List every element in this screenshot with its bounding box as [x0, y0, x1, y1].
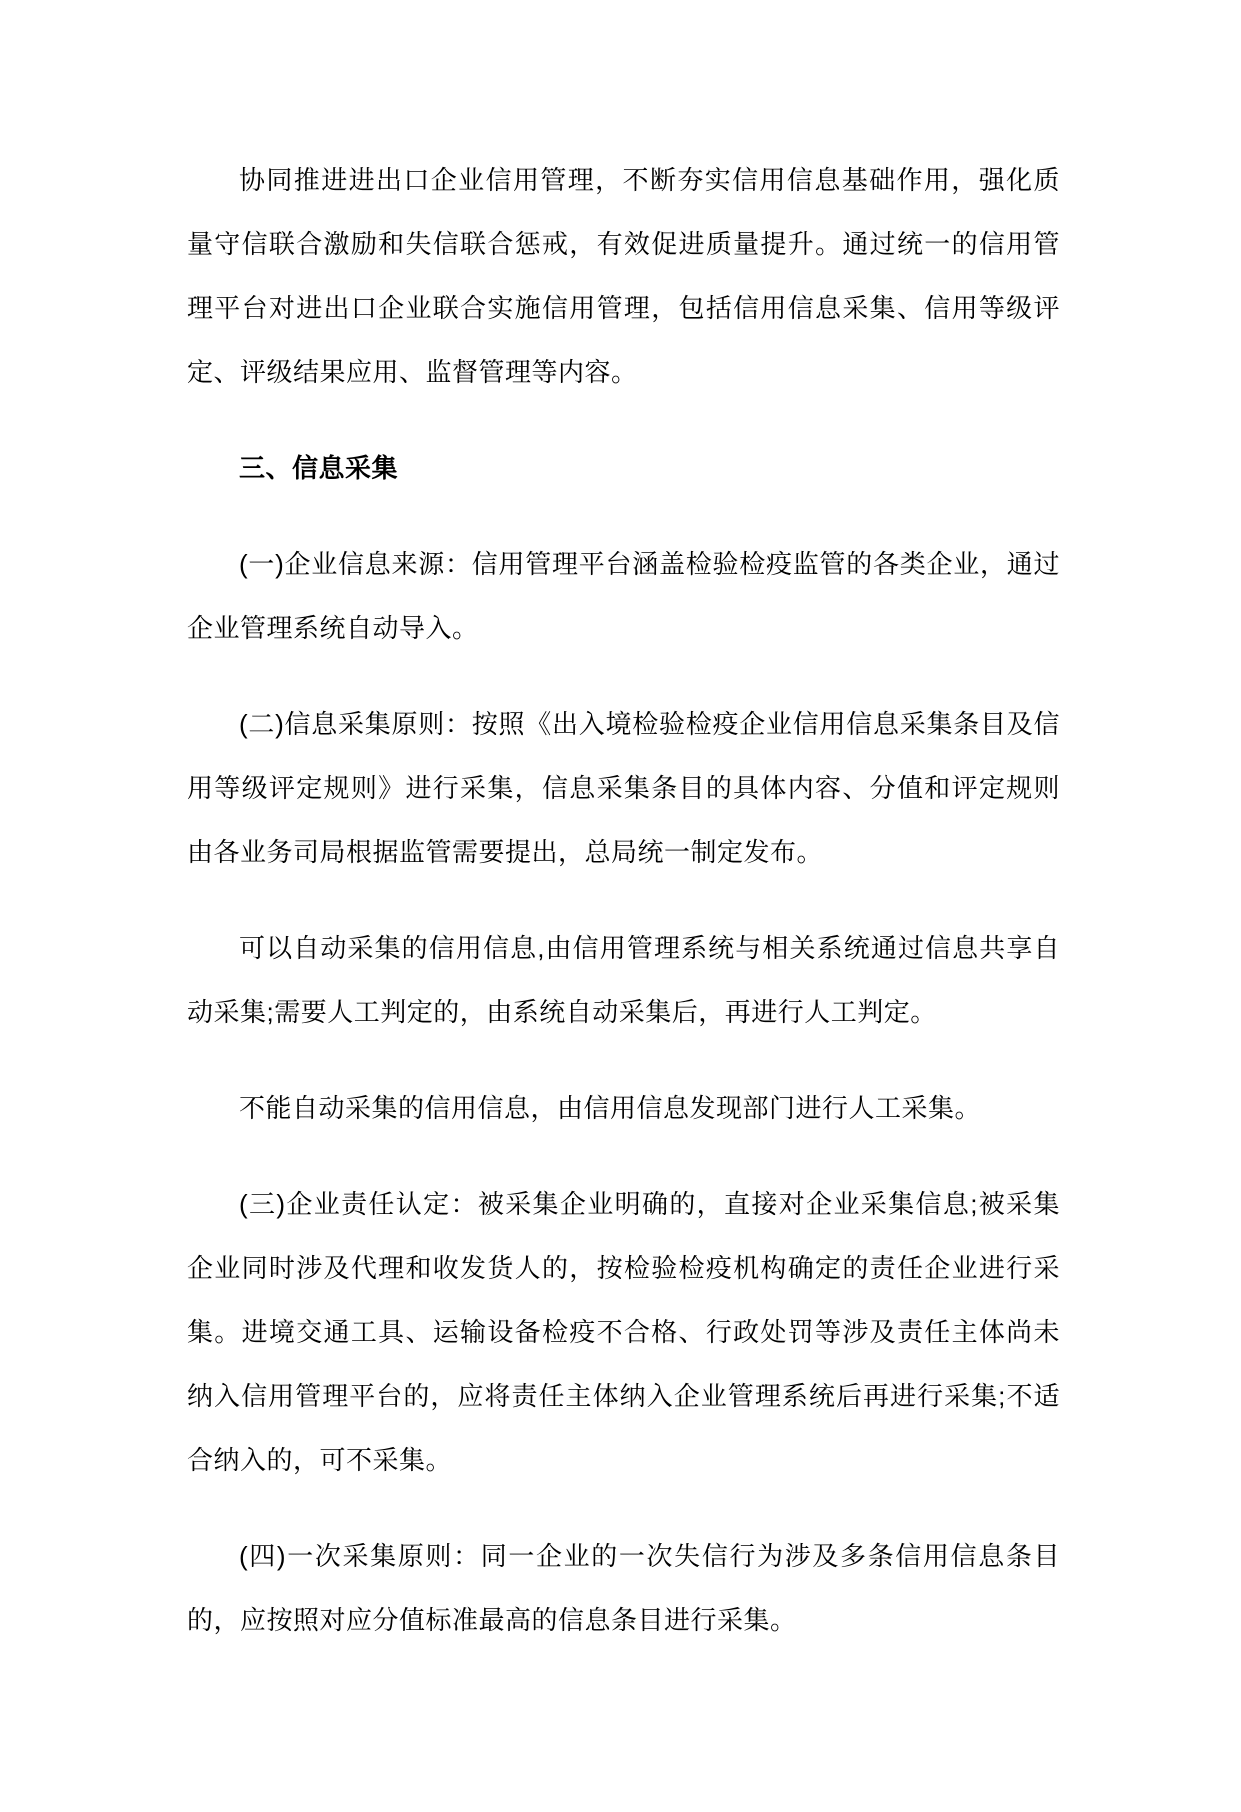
paragraph-manual-collection: 不能自动采集的信用信息，由信用信息发现部门进行人工采集。 — [187, 1076, 1060, 1140]
document-page: 协同推进进出口企业信用管理，不断夯实信用信息基础作用，强化质量守信联合激励和失信… — [0, 0, 1241, 1812]
paragraph-item-4-single-collection-principle: (四)一次采集原则：同一企业的一次失信行为涉及多条信用信息条目的，应按照对应分值… — [187, 1524, 1060, 1652]
paragraph-item-3-responsibility-determination: (三)企业责任认定：被采集企业明确的，直接对企业采集信息;被采集企业同时涉及代理… — [187, 1172, 1060, 1492]
paragraph-item-1-enterprise-info-source: (一)企业信息来源：信用管理平台涵盖检验检疫监管的各类企业，通过企业管理系统自动… — [187, 532, 1060, 660]
paragraph-item-2-collection-principle: (二)信息采集原则：按照《出入境检验检疫企业信用信息采集条目及信用等级评定规则》… — [187, 692, 1060, 884]
document-body: 协同推进进出口企业信用管理，不断夯实信用信息基础作用，强化质量守信联合激励和失信… — [187, 148, 1060, 1652]
section-heading-information-collection: 三、信息采集 — [187, 436, 1060, 500]
paragraph-auto-collection: 可以自动采集的信用信息,由信用管理系统与相关系统通过信息共享自动采集;需要人工判… — [187, 916, 1060, 1044]
paragraph-intro: 协同推进进出口企业信用管理，不断夯实信用信息基础作用，强化质量守信联合激励和失信… — [187, 148, 1060, 404]
